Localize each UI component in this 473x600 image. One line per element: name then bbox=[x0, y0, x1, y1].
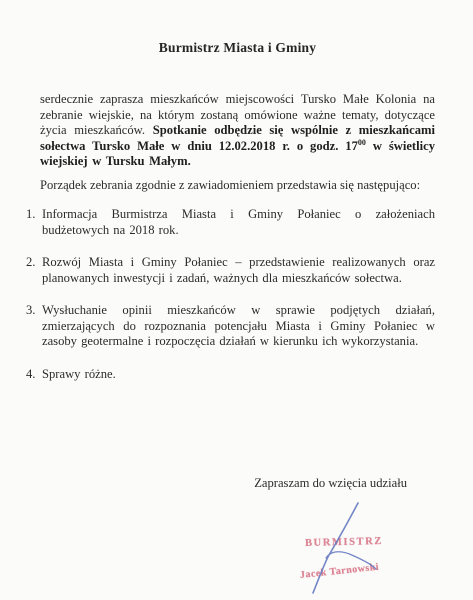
agenda-item-text: Rozwój Miasta i Gminy Połaniec – przedst… bbox=[42, 255, 435, 286]
handwritten-signature-icon bbox=[300, 500, 390, 598]
signature-ink-path bbox=[313, 503, 358, 593]
agenda-item: 1. Informacja Burmistrza Miasta i Gminy … bbox=[26, 207, 435, 238]
agenda-item: 2. Rozwój Miasta i Gminy Połaniec – prze… bbox=[26, 255, 435, 286]
intro-superscript: 00 bbox=[358, 137, 366, 146]
agenda-list: 1. Informacja Burmistrza Miasta i Gminy … bbox=[40, 207, 435, 382]
agenda-item: 3. Wysłuchanie opinii mieszkańców w spra… bbox=[26, 303, 435, 350]
closing-line: Zapraszam do wzięcia udziału bbox=[40, 476, 435, 492]
document-title: Burmistrz Miasta i Gminy bbox=[40, 40, 435, 56]
signature-area: BURMISTRZ Jacek Tarnowski bbox=[295, 500, 415, 598]
agenda-item-number: 2. bbox=[26, 255, 42, 286]
agenda-item-text: Wysłuchanie opinii mieszkańców w sprawie… bbox=[42, 303, 435, 350]
signature-ink-path bbox=[326, 552, 376, 569]
intro-paragraph: serdecznie zaprasza mieszkańców miejscow… bbox=[40, 92, 435, 170]
agenda-lead: Porządek zebrania zgodnie z zawiadomieni… bbox=[40, 178, 435, 194]
agenda-item-number: 4. bbox=[26, 367, 42, 383]
document-page: Burmistrz Miasta i Gminy serdecznie zapr… bbox=[0, 0, 473, 600]
agenda-item-number: 1. bbox=[26, 207, 42, 238]
agenda-item-text: Informacja Burmistrza Miasta i Gminy Poł… bbox=[42, 207, 435, 238]
agenda-item-number: 3. bbox=[26, 303, 42, 350]
agenda-item-text: Sprawy różne. bbox=[42, 367, 435, 383]
agenda-item: 4. Sprawy różne. bbox=[26, 367, 435, 383]
